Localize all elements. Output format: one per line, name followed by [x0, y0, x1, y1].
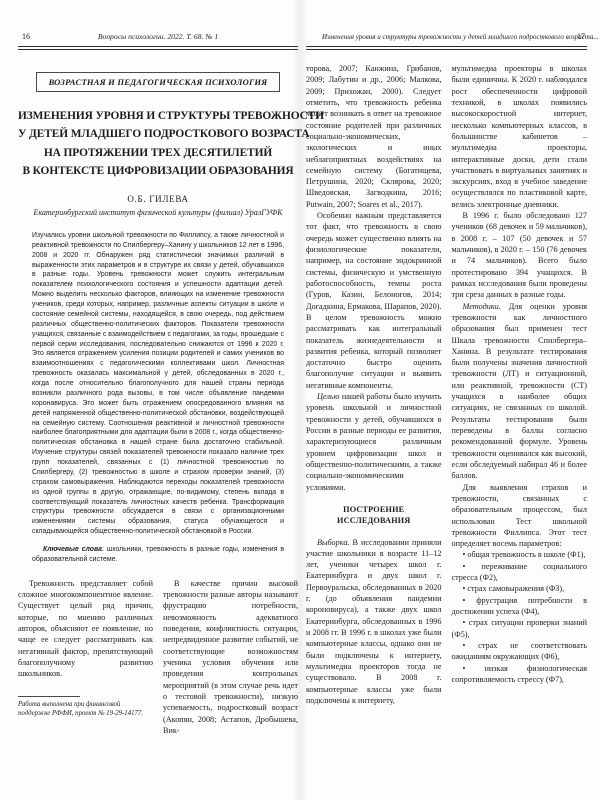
journal-spread: { "left": { "page_number": "16", "runnin…: [0, 0, 600, 800]
running-head-left: 16 Вопросы психологии. 2022. Т. 68. № 1: [18, 32, 298, 46]
body-column-3: торова, 2007; Канжина, Грибанов, 2009; Л…: [306, 63, 442, 706]
abstract-text: Изучались уровни школьной тревожности по…: [32, 231, 284, 537]
footnote-rule: [18, 696, 80, 697]
keywords-label: Ключевые слова: [43, 546, 102, 553]
journal-title: Вопросы психологии. 2022. Т. 68. № 1: [98, 32, 218, 41]
footnote: Работа выполнена при финансовой поддержк…: [18, 696, 153, 718]
paragraph: Для выявления страхов и тревожности, свя…: [452, 482, 588, 550]
column-paragraphs: В качестве причин высокой тревожности ра…: [163, 578, 298, 736]
paragraph-lead: Методики.: [463, 302, 501, 311]
article-title-line: ИЗМЕНЕНИЯ УРОВНЯ И СТРУКТУРЫ ТРЕВОЖНОСТИ: [18, 107, 298, 125]
body-columns-left-page: Тревожность представляет собой сложное м…: [18, 578, 298, 736]
paragraph: • страх самовыражения (Ф3),: [452, 583, 588, 594]
body-columns-right-page: торова, 2007; Канжина, Грибанов, 2009; Л…: [306, 63, 587, 706]
paragraph: мультимедиа проекторы в школах были един…: [452, 63, 588, 210]
author-name: О.Б. ГИЛЕВА: [18, 194, 298, 204]
paragraph: В качестве причин высокой тревожности ра…: [163, 578, 298, 736]
paragraph: Особенно важным представляется тот факт,…: [306, 210, 442, 391]
paragraph: Тревожность представляет собой сложное м…: [18, 578, 153, 680]
page-left: 16 Вопросы психологии. 2022. Т. 68. № 1 …: [18, 32, 298, 736]
author-affiliation: Екатеринбургский институт физической кул…: [18, 208, 298, 217]
paragraph: • общая тревожность в школе (Ф1),: [452, 549, 588, 560]
paragraph: торова, 2007; Канжина, Грибанов, 2009; Л…: [306, 63, 442, 210]
page-number-right: 17: [577, 32, 585, 41]
page-right: Изменения уровня и структуры тревожности…: [306, 32, 587, 706]
article-running-title: Изменения уровня и структуры тревожности…: [322, 33, 599, 41]
body-column-1: Тревожность представляет собой сложное м…: [18, 578, 153, 736]
paragraph: • низкая физиологическая сопротивляемост…: [452, 663, 588, 686]
body-column-4: мультимедиа проекторы в школах были един…: [452, 63, 588, 706]
column-paragraphs: мультимедиа проекторы в школах были един…: [452, 63, 588, 685]
column-paragraphs: торова, 2007; Канжина, Грибанов, 2009; Л…: [306, 63, 442, 706]
paragraph-lead: Целью: [317, 392, 339, 401]
paragraph: Методики. Для оценки уровня тревожности …: [452, 301, 588, 482]
article-title-line: НА ПРОТЯЖЕНИИ ТРЕХ ДЕСЯТИЛЕТИЙ: [18, 144, 298, 162]
article-title: ИЗМЕНЕНИЯ УРОВНЯ И СТРУКТУРЫ ТРЕВОЖНОСТИ…: [18, 107, 298, 181]
paragraph: • страх не соответствовать ожиданиям окр…: [452, 640, 588, 663]
running-head-right: Изменения уровня и структуры тревожности…: [306, 32, 587, 46]
paragraph-lead: Выборка.: [317, 538, 350, 547]
paragraph: • страх ситуации проверки знаний (Ф5),: [452, 617, 588, 640]
article-title-line: В КОНТЕКСТЕ ЦИФРОВИЗАЦИИ ОБРАЗОВАНИЯ: [18, 162, 298, 180]
section-label-box: ВОЗРАСТНАЯ И ПЕДАГОГИЧЕСКАЯ ПСИХОЛОГИЯ: [36, 72, 281, 92]
paragraph: Выборка. В исследовании приняли участие …: [306, 537, 442, 707]
header-rule-left: [18, 46, 298, 50]
section-heading: ПОСТРОЕНИЕ ИССЛЕДОВАНИЯ: [306, 504, 442, 527]
article-title-line: У ДЕТЕЙ МЛАДШЕГО ПОДРОСТКОВОГО ВОЗРАСТА: [18, 125, 298, 143]
column-paragraphs: Тревожность представляет собой сложное м…: [18, 578, 153, 680]
header-rule-right: [306, 46, 587, 50]
footnote-text: Работа выполнена при финансовой поддержк…: [18, 701, 143, 717]
paragraph: В 1996 г. было обследовано 127 учеников …: [452, 210, 588, 301]
page-number-left: 16: [22, 32, 30, 41]
paragraph: • фрустрация потребности в достижении ус…: [452, 595, 588, 618]
paragraph: • переживание социального стресса (Ф2),: [452, 561, 588, 584]
paragraph: Целью нашей работы было изучить уровень …: [306, 391, 442, 493]
keywords-line: Ключевые слова: школьники, тревожность в…: [32, 545, 284, 565]
body-column-2: В качестве причин высокой тревожности ра…: [163, 578, 298, 736]
